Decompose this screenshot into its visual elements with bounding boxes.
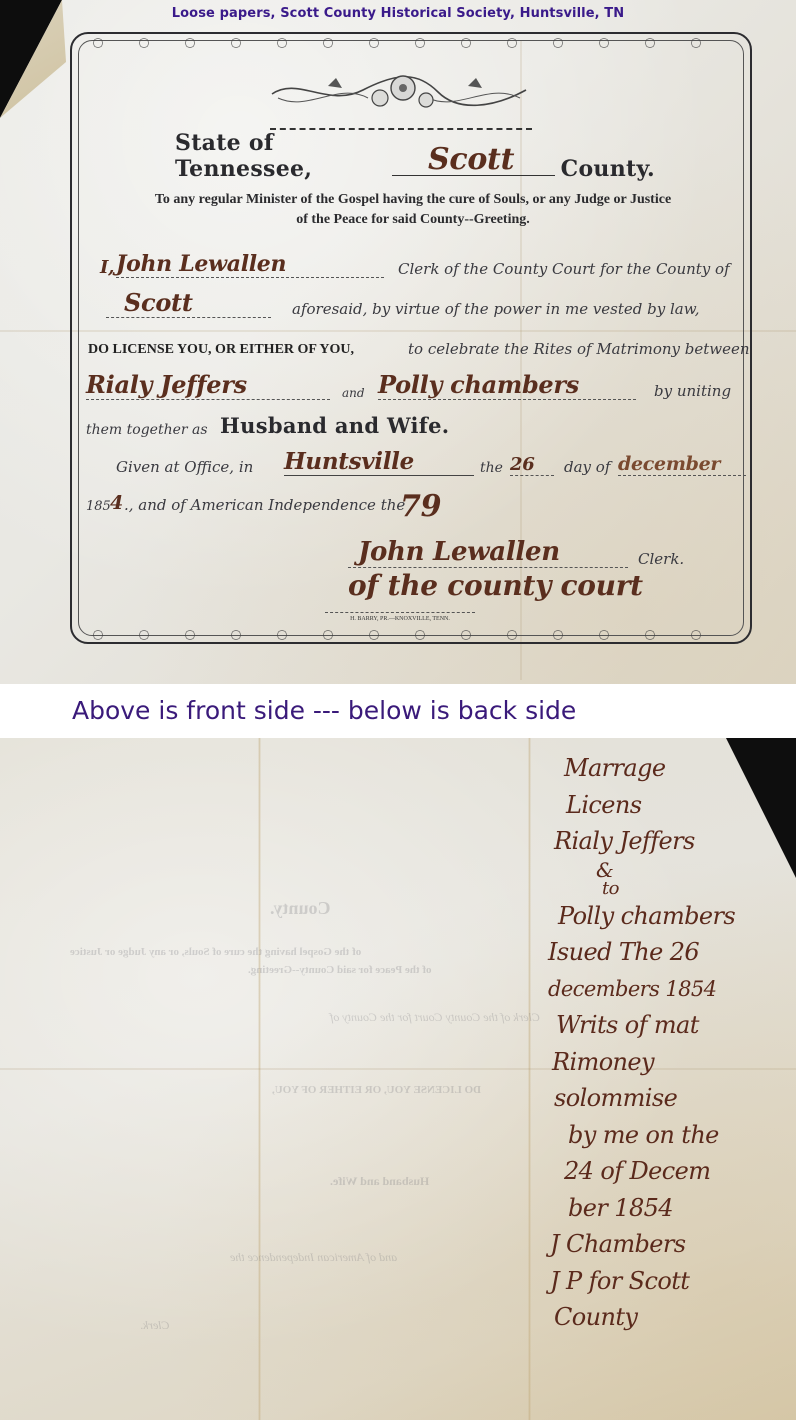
scallop-border-top: [90, 36, 730, 50]
note-line: Polly chambers: [548, 898, 793, 935]
and-text: and: [342, 386, 365, 400]
floral-ornament-icon: [268, 62, 530, 120]
note-line: County: [548, 1299, 793, 1336]
husband-and-wife: Husband and Wife.: [220, 413, 449, 438]
union-line: them together as Husband and Wife.: [86, 408, 746, 442]
county-fill-field: Scott: [392, 144, 555, 176]
title-state-county: State of Tennessee, Scott County.: [175, 142, 655, 182]
address-line-2: of the Peace for said County--Greeting.: [88, 210, 738, 230]
license-line: DO LICENSE YOU, OR EITHER OF YOU, to cel…: [86, 328, 746, 362]
county-handwritten-2: Scott: [106, 288, 271, 318]
note-line: &: [548, 860, 793, 880]
day-of-text: day of: [564, 458, 610, 476]
ghost-clerk: Clerk of the County Court for the County…: [330, 1010, 540, 1025]
independence-text: ., and of American Independence the: [124, 496, 405, 514]
place-handwritten: Huntsville: [284, 448, 474, 476]
clerk-name-handwritten: John Lewallen: [116, 251, 384, 278]
signature-subtitle-line: of the county court: [86, 566, 746, 606]
month-handwritten: december: [618, 453, 746, 476]
note-line: decembers 1854: [548, 971, 793, 1008]
note-line: J Chambers: [548, 1226, 793, 1263]
note-line: J P for Scott: [548, 1263, 793, 1300]
clerk-line: I, John Lewallen Clerk of the County Cou…: [86, 248, 746, 282]
clerk-prefix: I,: [100, 257, 114, 278]
note-line: by me on the: [548, 1117, 793, 1154]
ghost-husband-wife: Husband and Wife.: [330, 1174, 429, 1189]
given-text: Given at Office, in: [116, 458, 253, 476]
ghost-independence: and of American Independence the: [230, 1250, 397, 1265]
side-caption-band: Above is front side --- below is back si…: [0, 684, 796, 738]
note-line: Marrage: [548, 750, 793, 787]
year-line: 185 4 ., and of American Independence th…: [86, 484, 746, 518]
docket-notes: Marrage Licens Rialy Jeffers & to Polly …: [548, 750, 793, 1336]
note-line: Isued The 26: [548, 934, 793, 971]
front-side-scan: Loose papers, Scott County Historical So…: [0, 0, 796, 684]
day-handwritten: 26: [510, 454, 554, 476]
address-greeting: To any regular Minister of the Gospel ha…: [88, 190, 738, 230]
license-caps: DO LICENSE YOU, OR EITHER OF YOU,: [88, 342, 354, 358]
given-line: Given at Office, in Huntsville the 26 da…: [86, 446, 746, 480]
county-line-text: aforesaid, by virtue of the power in me …: [292, 300, 700, 318]
fold-crease: [258, 738, 261, 1420]
side-caption: Above is front side --- below is back si…: [72, 696, 576, 725]
county-line: Scott aforesaid, by virtue of the power …: [86, 288, 746, 322]
note-line: 24 of Decem: [548, 1153, 793, 1190]
note-line: ber 1854: [548, 1190, 793, 1227]
note-line: Rialy Jeffers: [548, 823, 793, 860]
ghost-county: County.: [270, 898, 331, 919]
ghost-clerk-sig: Clerk.: [140, 1318, 170, 1333]
note-line: to: [548, 880, 793, 898]
independence-year-handwritten: 79: [400, 489, 441, 524]
clerk-text: Clerk of the County Court for the County…: [398, 260, 730, 278]
license-text: to celebrate the Rites of Matrimony betw…: [408, 340, 750, 358]
back-side-scan: County. of the Gospel having the cure of…: [0, 738, 796, 1420]
ghost-line-2: of the Peace for said County--Greeting.: [248, 964, 432, 976]
ghost-license: DO LICENSE YOU, OR EITHER OF YOU,: [272, 1084, 481, 1096]
note-line: Licens: [548, 787, 793, 824]
archive-caption: Loose papers, Scott County Historical So…: [0, 6, 796, 21]
scallop-border-bottom: [90, 628, 730, 642]
printer-imprint: H. BARRY, PR.—KNOXVILLE, TENN.: [325, 612, 475, 622]
note-line: solommise: [548, 1080, 793, 1117]
county-handwritten: Scott: [428, 142, 514, 177]
clerk-signature: John Lewallen: [348, 537, 628, 568]
title-county: County.: [561, 156, 655, 182]
fold-crease: [528, 738, 531, 1420]
parties-line: Rialy Jeffers and Polly chambers by unit…: [86, 370, 746, 404]
union-text: them together as: [86, 422, 208, 438]
note-line: Writs of mat: [548, 1007, 793, 1044]
note-line: Rimoney: [548, 1044, 793, 1081]
uniting-text: by uniting: [654, 382, 731, 400]
address-line-1: To any regular Minister of the Gospel ha…: [88, 190, 738, 210]
groom-handwritten: Rialy Jeffers: [86, 370, 330, 400]
year-printed: 185: [86, 499, 111, 514]
title-state: State of Tennessee,: [175, 130, 386, 182]
ghost-line-1: of the Gospel having the cure of Souls, …: [70, 946, 361, 958]
signature-subtitle: of the county court: [348, 569, 643, 602]
the-text: the: [480, 460, 503, 476]
bride-handwritten: Polly chambers: [378, 370, 636, 400]
year-handwritten: 4: [110, 492, 123, 514]
